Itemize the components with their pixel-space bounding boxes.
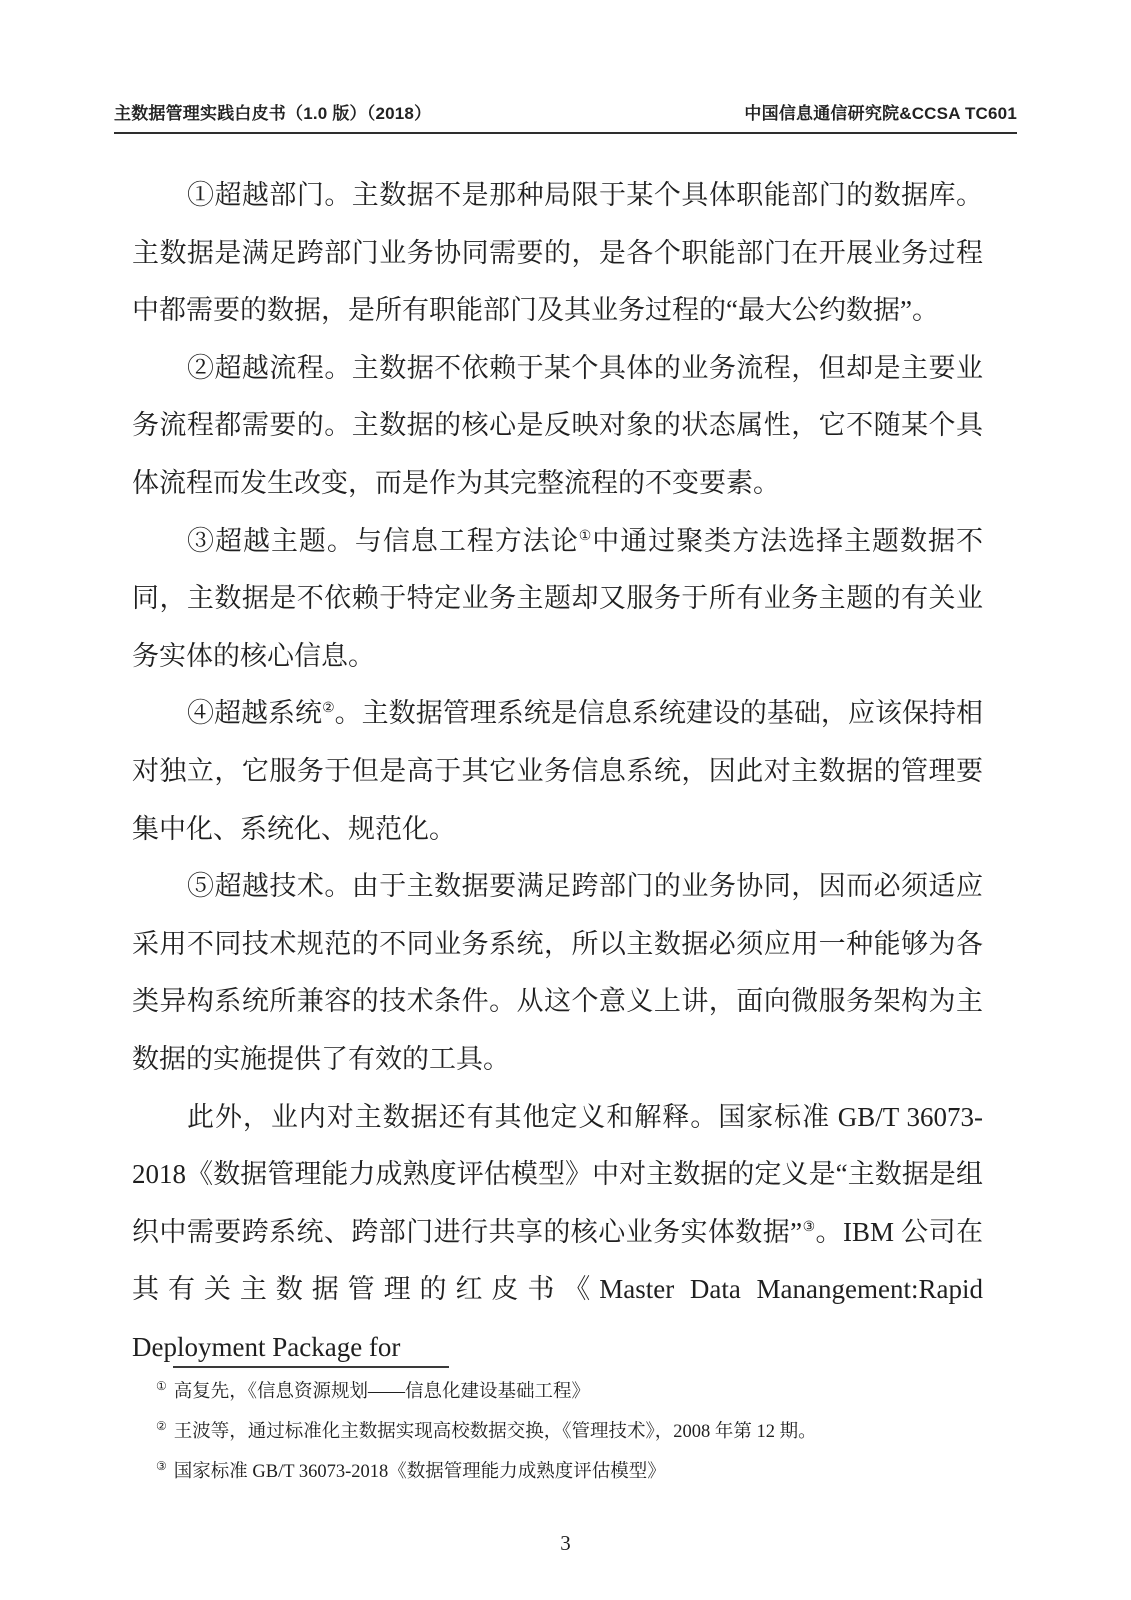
footnote-marker: ③ bbox=[156, 1459, 167, 1473]
footnotes-section: ①高复先，《信息资源规划——信息化建设基础工程》 ②王波等，通过标准化主数据实现… bbox=[156, 1372, 1018, 1492]
footnote-text: 高复先，《信息资源规划——信息化建设基础工程》 bbox=[174, 1382, 590, 1402]
paragraph-text: ⑤超越技术。由于主数据要满足跨部门的业务协同，因而必须适应采用不同技术规范的不同… bbox=[132, 871, 983, 1074]
page-number: 3 bbox=[0, 1531, 1131, 1556]
footnote-item: ③国家标准 GB/T 36073-2018《数据管理能力成熟度评估模型》 bbox=[156, 1452, 1018, 1492]
paragraph-other-definitions: 此外，业内对主数据还有其他定义和解释。国家标准 GB/T 36073-2018《… bbox=[132, 1089, 983, 1377]
footnote-item: ②王波等，通过标准化主数据实现高校数据交换，《管理技术》，2008 年第 12 … bbox=[156, 1412, 1018, 1452]
paragraph-text: ①超越部门。主数据不是那种局限于某个具体职能部门的数据库。主数据是满足跨部门业务… bbox=[132, 180, 983, 325]
footnote-marker: ② bbox=[156, 1419, 167, 1433]
paragraph-beyond-subject: ③超越主题。与信息工程方法论①中通过聚类方法选择主题数据不同，主数据是不依赖于特… bbox=[132, 513, 983, 686]
footnote-marker: ① bbox=[156, 1379, 167, 1393]
paragraph-text: ③超越主题。与信息工程方法论 bbox=[187, 526, 579, 556]
footnote-ref-2: ② bbox=[322, 701, 335, 716]
footnote-text: 王波等，通过标准化主数据实现高校数据交换，《管理技术》，2008 年第 12 期… bbox=[174, 1422, 817, 1442]
footnote-text: 国家标准 GB/T 36073-2018《数据管理能力成熟度评估模型》 bbox=[174, 1462, 666, 1482]
paragraph-text: ④超越系统 bbox=[187, 698, 322, 728]
header-right-title: 中国信息通信研究院&CCSA TC601 bbox=[744, 99, 1017, 124]
footnote-ref-1: ① bbox=[579, 529, 593, 544]
footnote-item: ①高复先，《信息资源规划——信息化建设基础工程》 bbox=[156, 1372, 1018, 1412]
paragraph-beyond-system: ④超越系统②。主数据管理系统是信息系统建设的基础，应该保持相对独立，它服务于但是… bbox=[132, 685, 983, 858]
paragraph-beyond-process: ②超越流程。主数据不依赖于某个具体的业务流程，但却是主要业务流程都需要的。主数据… bbox=[132, 340, 983, 513]
header-left-title: 主数据管理实践白皮书（1.0 版）（2018） bbox=[114, 99, 431, 124]
page-header: 主数据管理实践白皮书（1.0 版）（2018） 中国信息通信研究院&CCSA T… bbox=[114, 99, 1017, 134]
paragraph-beyond-department: ①超越部门。主数据不是那种局限于某个具体职能部门的数据库。主数据是满足跨部门业务… bbox=[132, 167, 983, 340]
footnote-separator bbox=[173, 1366, 449, 1368]
paragraph-beyond-technology: ⑤超越技术。由于主数据要满足跨部门的业务协同，因而必须适应采用不同技术规范的不同… bbox=[132, 858, 983, 1088]
document-body: ①超越部门。主数据不是那种局限于某个具体职能部门的数据库。主数据是满足跨部门业务… bbox=[132, 167, 983, 1376]
footnote-ref-3: ③ bbox=[802, 1220, 815, 1235]
paragraph-text: ②超越流程。主数据不依赖于某个具体的业务流程，但却是主要业务流程都需要的。主数据… bbox=[132, 353, 983, 498]
document-page: 主数据管理实践白皮书（1.0 版）（2018） 中国信息通信研究院&CCSA T… bbox=[0, 0, 1131, 1600]
